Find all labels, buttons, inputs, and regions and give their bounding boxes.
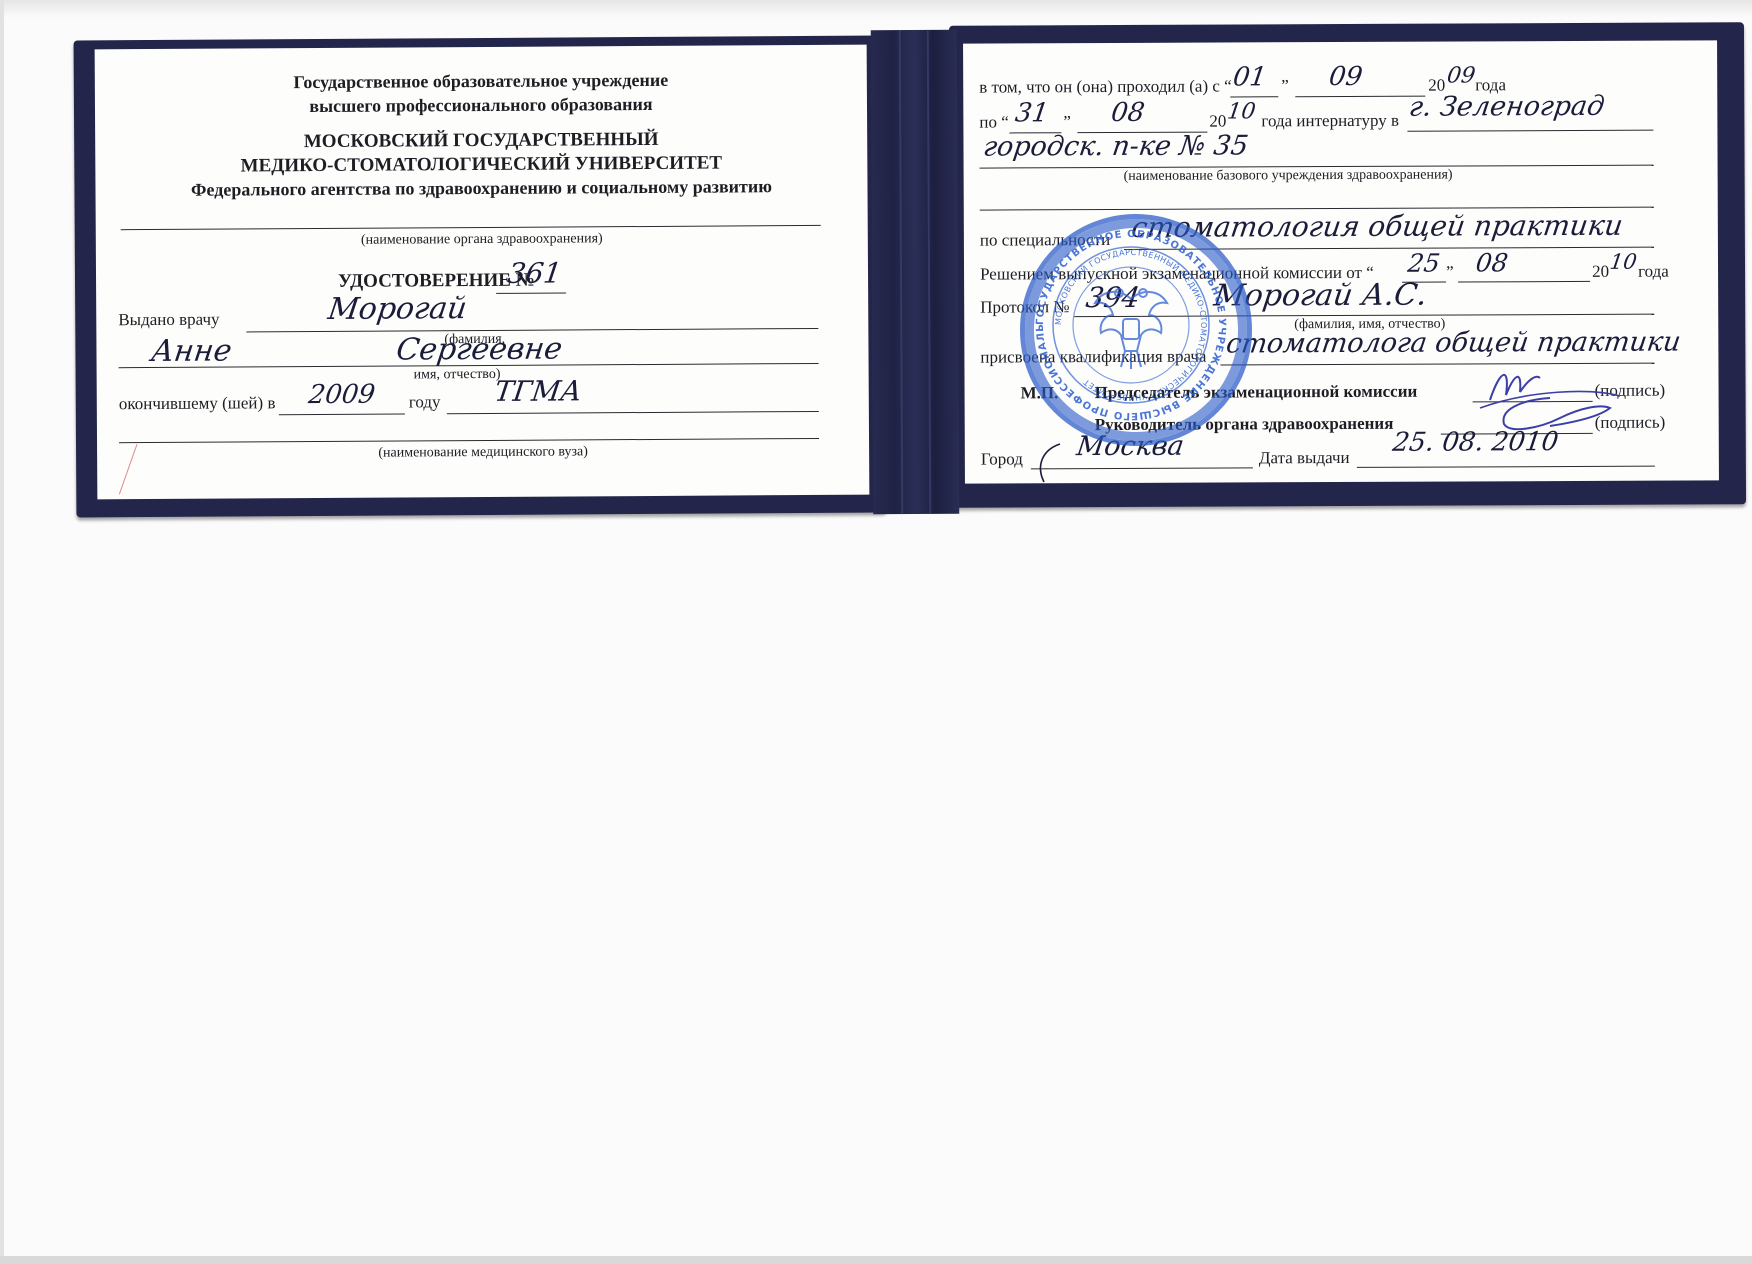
issue-date-line: [1357, 466, 1655, 468]
official-seal: ГОСУДАРСТВЕННОЕ ОБРАЗОВАТЕЛЬНОЕ УЧРЕЖДЕН…: [1020, 214, 1252, 446]
header-line-2: высшего профессионального образования: [95, 93, 867, 119]
university-line: [447, 411, 819, 414]
end-year-suffix: 10: [1226, 99, 1257, 124]
start-day: 01: [1231, 62, 1268, 92]
start-month-line: [1295, 96, 1425, 98]
end-prefix: по “: [979, 112, 1008, 132]
period-prefix: в том, что он (она) проходил (а) с “: [979, 76, 1232, 97]
university-line-2: МЕДИКО-СТОМАТОЛОГИЧЕСКИЙ УНИВЕРСИТЕТ: [95, 152, 867, 179]
graduation-year-handwritten: 2009: [307, 380, 377, 410]
health-authority-caption: (наименование органа здравоохранения): [96, 230, 868, 251]
university-name-line: [119, 438, 819, 443]
header-line-1: Государственное образовательное учрежден…: [95, 69, 867, 95]
certificate-number: 361: [506, 257, 564, 290]
booklet-spine: [871, 30, 960, 514]
health-authority-line: [121, 225, 821, 230]
start-month: 09: [1327, 62, 1364, 92]
surname-handwritten: Морогай: [326, 291, 469, 327]
scanner-edge-left: [0, 0, 4, 1264]
institution-handwritten-2: городск. п-ке № 35: [981, 130, 1250, 162]
eagle-emblem-icon: ГОСУДАРСТВЕННОЕ ОБРАЗОВАТЕЛЬНОЕ УЧРЕЖДЕН…: [1025, 219, 1237, 431]
city-flourish: [1030, 440, 1070, 490]
head-signature: [1480, 390, 1640, 440]
scanner-edge-bottom: [0, 1256, 1752, 1264]
end-day: 31: [1013, 98, 1050, 128]
year-suffix: году: [409, 392, 441, 412]
decision-year-word: года: [1638, 262, 1669, 282]
university-handwritten: ТГМА: [493, 374, 585, 408]
patronymic-handwritten: Сергеевне: [394, 331, 564, 367]
end-year-prefix: 20: [1209, 111, 1226, 131]
start-year-suffix: 09: [1445, 63, 1476, 88]
internship-label: года интернатуру в: [1261, 111, 1399, 132]
end-month: 08: [1109, 98, 1146, 128]
city-label: Город: [981, 449, 1023, 469]
start-day-line: [1230, 96, 1278, 97]
decision-month: 08: [1474, 248, 1510, 277]
issue-date-label: Дата выдачи: [1259, 448, 1350, 468]
first-name-handwritten: Анне: [149, 334, 234, 370]
university-line-1: МОСКОВСКИЙ ГОСУДАРСТВЕННЫЙ: [95, 128, 867, 155]
scanner-edge: [0, 0, 1752, 18]
decision-year-prefix: 20: [1592, 262, 1609, 282]
svg-text:МОСКОВСКИЙ ГОСУДАРСТВЕННЫЙ МЕД: МОСКОВСКИЙ ГОСУДАРСТВЕННЫЙ МЕДИКО-СТОМАТ…: [1054, 248, 1208, 402]
decision-day: 25: [1406, 249, 1442, 278]
decision-month-line: [1458, 281, 1590, 283]
name-caption: имя, отчество): [414, 367, 501, 384]
graduation-year-line: [279, 413, 405, 415]
institution-caption: (наименование базового учреждения здраво…: [1124, 168, 1453, 185]
decision-year-suffix: 10: [1608, 250, 1638, 274]
qualification-handwritten: стоматолога общей практики: [1224, 327, 1682, 360]
left-page: Государственное образовательное учрежден…: [95, 45, 870, 500]
university-caption: (наименование медицинского вуза): [97, 443, 869, 464]
agency-name: Федерального агентства по здравоохранени…: [95, 176, 867, 202]
certificate-number-line: [496, 292, 566, 293]
graduated-label: окончившему (шей) в: [119, 393, 276, 414]
red-pen-mark: [107, 439, 147, 499]
issued-to-label: Выдано врачу: [118, 310, 219, 331]
institution-line-1: [1407, 130, 1653, 132]
institution-handwritten-1: г. Зеленоград: [1407, 91, 1606, 123]
